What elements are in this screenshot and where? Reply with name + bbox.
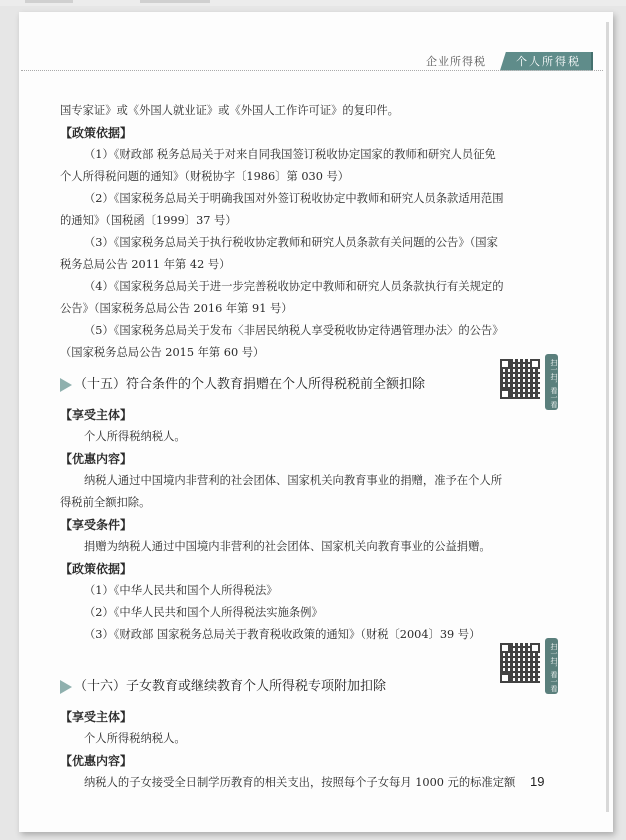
page-content: 国专家证》或《外国人就业证》或《外国人工作许可证》的复印件。 【政策依据】 （1… [60,100,548,794]
paragraph-line: （2）《国家税务总局关于明确我国对外签订税收协定中教师和研究人员条款适用范围 [60,188,548,210]
section-label: 【享受主体】 [60,706,548,728]
viewer-tab[interactable] [25,0,73,3]
page-number: 19 [530,774,544,789]
section-label: 【享受条件】 [60,514,548,536]
paragraph-line: （1）《中华人民共和国个人所得税法》 [60,580,548,602]
qr-code-icon [500,359,540,399]
paragraph-line: 国专家证》或《外国人就业证》或《外国人工作许可证》的复印件。 [60,100,548,122]
viewer-topbar [0,0,626,6]
paragraph-line: （2）《中华人民共和国个人所得税法实施条例》 [60,602,548,624]
paragraph-line: （4）《国家税务总局关于进一步完善税收协定中教师和研究人员条款执行有关规定的 [60,276,548,298]
page-edge [606,22,609,812]
scan-label: 扫一扫，看一看 [545,354,558,410]
qr-code-block-15: 扫一扫，看一看 [500,354,562,412]
section-heading-16: （十六）子女教育或继续教育个人所得税专项附加扣除 [60,674,548,700]
paragraph-line: （国家税务总局公告 2015 年第 60 号） [60,342,548,364]
paragraph-line: 个人所得税问题的通知》（财税协字〔1986〕第 030 号） [60,166,548,188]
paragraph-line: 个人所得税纳税人。 [60,728,548,750]
running-header: 企业所得税 个人所得税 [426,51,593,71]
paragraph-line: 得税前全额扣除。 [60,492,548,514]
paragraph-line: 捐赠为纳税人通过中国境内非营利的社会团体、国家机关向教育事业的公益捐赠。 [60,536,548,558]
section-label: 【优惠内容】 [60,448,548,470]
paragraph-line: 税务总局公告 2011 年第 42 号） [60,254,548,276]
paragraph-line: 纳税人的子女接受全日制学历教育的相关支出，按照每个子女每月 1000 元的标准定… [60,772,548,794]
paragraph-line: （1）《财政部 税务总局关于对来自同我国签订税收协定国家的教师和研究人员征免 [60,144,548,166]
paragraph-line: 公告》（国家税务总局公告 2016 年第 91 号） [60,298,548,320]
section-title-text: （十五）符合条件的个人教育捐赠在个人所得税税前全额扣除 [74,372,425,398]
section-title-text: （十六）子女教育或继续教育个人所得税专项附加扣除 [74,674,386,700]
paragraph-line: 的通知》（国税函〔1999〕37 号） [60,210,548,232]
paragraph-line: （3）《财政部 国家税务总局关于教育税收政策的通知》（财税〔2004〕39 号） [60,624,548,646]
paragraph-line: （5）《国家税务总局关于发布〈非居民纳税人享受税收协定待遇管理办法〉的公告》 [60,320,548,342]
section-label: 【享受主体】 [60,404,548,426]
section-label: 【政策依据】 [60,558,548,580]
paragraph-line: （3）《国家税务总局关于执行税收协定教师和研究人员条款有关问题的公告》（国家 [60,232,548,254]
header-chapter-left: 企业所得税 [426,53,486,69]
qr-code-block-16: 扫一扫，看一看 [500,638,562,696]
section-heading-15: （十五）符合条件的个人教育捐赠在个人所得税税前全额扣除 [60,372,548,398]
section-label: 【优惠内容】 [60,750,548,772]
viewer-tab[interactable] [140,0,210,3]
triangle-marker-icon [60,680,72,694]
header-chapter-active: 个人所得税 [500,52,593,71]
qr-code-icon [500,643,540,683]
paragraph-line: 纳税人通过中国境内非营利的社会团体、国家机关向教育事业的捐赠，准予在个人所 [60,470,548,492]
paragraph-line: 个人所得税纳税人。 [60,426,548,448]
header-divider [21,70,603,71]
section-label: 【政策依据】 [60,122,548,144]
scan-label: 扫一扫，看一看 [545,638,558,694]
triangle-marker-icon [60,378,72,392]
